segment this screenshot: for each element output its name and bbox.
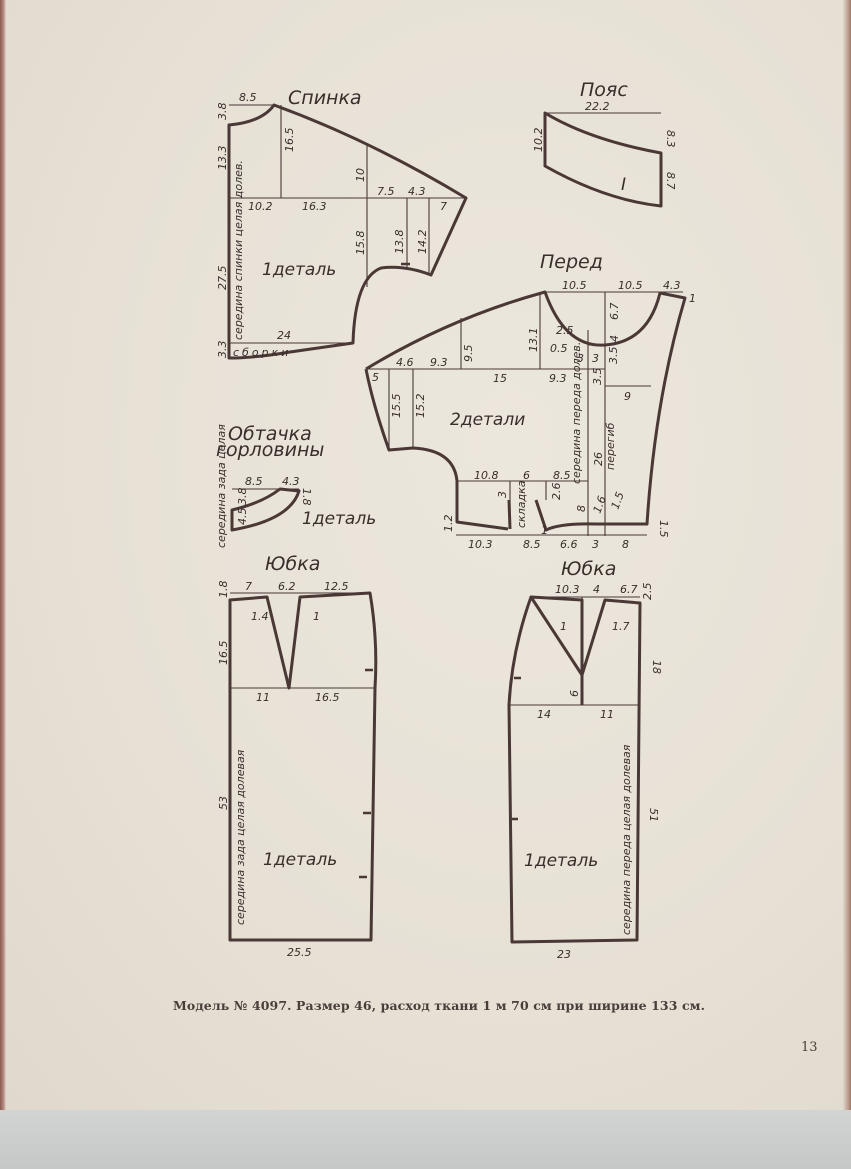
dim-label: 3.3	[216, 341, 229, 359]
dim-label: 4.5	[236, 508, 249, 526]
front-center-label: середина переда долев.	[570, 342, 583, 484]
dim-label: 8	[575, 505, 588, 512]
dim-label: 10	[354, 168, 367, 182]
dim-label: 1	[689, 292, 696, 305]
dim-label: 10.8	[474, 469, 499, 482]
skirt-back-pieces-label: 1деталь	[263, 850, 337, 870]
belt-outline	[545, 113, 661, 206]
dim-label: 8.5	[239, 91, 257, 104]
dim-label: 16.5	[315, 691, 340, 704]
dim-label: 8.3	[664, 130, 677, 148]
back-pattern-guides	[229, 105, 466, 343]
dim-label: 9	[624, 390, 631, 403]
dim-label: 3.5	[591, 368, 604, 386]
dim-label: 13.3	[216, 146, 229, 171]
dim-label: 14	[537, 708, 551, 721]
dim-label: 2.5	[641, 583, 654, 601]
dim-label: 22.2	[585, 100, 610, 113]
dim-label: 10.3	[555, 583, 580, 596]
dim-label: 16.5	[217, 641, 230, 666]
dim-label: 13.8	[393, 230, 406, 255]
dim-label: 1.4	[251, 610, 269, 623]
dim-label: 1.2	[442, 515, 455, 533]
back-pieces-label: 1деталь	[262, 260, 336, 280]
dim-label: 9.3	[430, 356, 448, 369]
dim-label: 16.5	[283, 128, 296, 153]
skirt-front-title: Юбка	[561, 558, 616, 580]
back-center-label: середина спинки целая долев.	[232, 160, 245, 340]
dim-label: 4.3	[663, 279, 681, 292]
dim-label: 6.2	[278, 580, 296, 593]
front-fold-label: перегиб	[604, 422, 617, 470]
dim-label: 2.6	[550, 483, 563, 501]
dim-label: 15.2	[414, 394, 427, 419]
facing-title-line2: горловины	[216, 439, 324, 461]
dim-label: 8.5	[245, 475, 263, 488]
dim-label: 4	[608, 335, 621, 342]
dim-label: 11	[600, 708, 614, 721]
sewing-patterns: Спинка Пояс Перед Обтачка горловины Юбка…	[0, 0, 851, 1169]
skirt-guides	[230, 593, 640, 705]
dim-label: 23	[557, 948, 571, 961]
dim-label: 10.5	[562, 279, 587, 292]
dim-label: 8.5	[553, 469, 571, 482]
dim-label: 53	[217, 796, 230, 810]
dim-label: 1.8	[300, 488, 313, 506]
dim-label: 10.2	[532, 128, 545, 153]
dim-label: 8	[622, 538, 629, 551]
dim-label: 9.5	[462, 345, 475, 363]
skirt-back-title: Юбка	[265, 553, 320, 575]
dim-label: 3.8	[236, 488, 249, 506]
dim-label: 10.3	[468, 538, 493, 551]
skirt-back-center-label: середина зада целая долевая	[234, 749, 247, 925]
dim-label: 12.5	[324, 580, 349, 593]
dim-label: 6.7	[620, 583, 638, 596]
dim-label: 15	[493, 372, 507, 385]
dim-label: 1.8	[217, 581, 230, 599]
dim-label: 4.3	[408, 185, 426, 198]
dim-label: 8.5	[523, 538, 541, 551]
belt-title: Пояс	[580, 79, 628, 101]
dim-label: 1.5	[657, 520, 670, 538]
back-gathers-label: сборки	[233, 346, 291, 359]
dim-label: 3.5	[607, 347, 620, 365]
dim-label: 18	[650, 660, 663, 674]
facing-center-label: середина зада целая	[215, 424, 228, 548]
dim-label: 1.6	[591, 494, 609, 515]
dim-label: 1.5	[609, 490, 627, 511]
page-number: 13	[801, 1040, 818, 1055]
dim-label: 8.7	[664, 172, 677, 190]
dim-label: 10.2	[248, 200, 273, 213]
dim-label: 16.3	[302, 200, 327, 213]
skirt-front-center-label: середина переда целая долевая	[620, 744, 633, 935]
belt-piece-mark: I	[621, 175, 626, 195]
dim-label: 6.6	[560, 538, 578, 551]
dim-label: 15.5	[390, 394, 403, 419]
dim-label: 1.7	[612, 620, 630, 633]
skirt-front-pieces-label: 1деталь	[524, 851, 598, 871]
dim-label: 7	[245, 580, 252, 593]
dim-label: 24	[277, 329, 291, 342]
dim-label: 1	[541, 524, 548, 537]
dim-label: 3	[592, 538, 599, 551]
dim-label: 15.8	[354, 231, 367, 256]
back-title: Спинка	[288, 87, 362, 109]
dim-label: 5	[372, 371, 379, 384]
dim-label: 51	[647, 808, 660, 822]
dim-label: 2.5	[556, 324, 574, 337]
front-title: Перед	[540, 251, 603, 273]
dim-label: 4.3	[282, 475, 300, 488]
dim-label: 9.3	[549, 372, 567, 385]
front-pieces-label: 2детали	[450, 410, 525, 430]
dim-label: 11	[256, 691, 270, 704]
dim-label: 3	[496, 491, 509, 498]
model-caption: Модель № 4097. Размер 46, расход ткани 1…	[173, 998, 773, 1013]
back-outline	[229, 105, 466, 358]
dim-label: 6	[523, 469, 530, 482]
dim-label: 1	[313, 610, 320, 623]
dim-label: 6.7	[608, 303, 621, 321]
dim-label: 4	[593, 583, 600, 596]
dim-label: 7	[440, 200, 447, 213]
dim-label: 1	[560, 620, 567, 633]
dim-label: 3	[592, 352, 599, 365]
dim-label: 4.6	[396, 356, 414, 369]
dim-label: 13.1	[527, 328, 540, 353]
front-tuck-label: складка	[515, 480, 528, 528]
dim-label: 14.2	[416, 230, 429, 255]
skirt-back-outline	[230, 593, 376, 940]
dim-label: 0.5	[550, 342, 568, 355]
dim-label: 6	[568, 690, 581, 697]
dim-label: 27.5	[216, 266, 229, 291]
dim-label: 10.5	[618, 279, 643, 292]
dim-label: 7.5	[377, 185, 395, 198]
dim-label: 25.5	[287, 946, 312, 959]
dim-label: 3.8	[216, 103, 229, 121]
facing-pieces-label: 1деталь	[302, 509, 376, 529]
